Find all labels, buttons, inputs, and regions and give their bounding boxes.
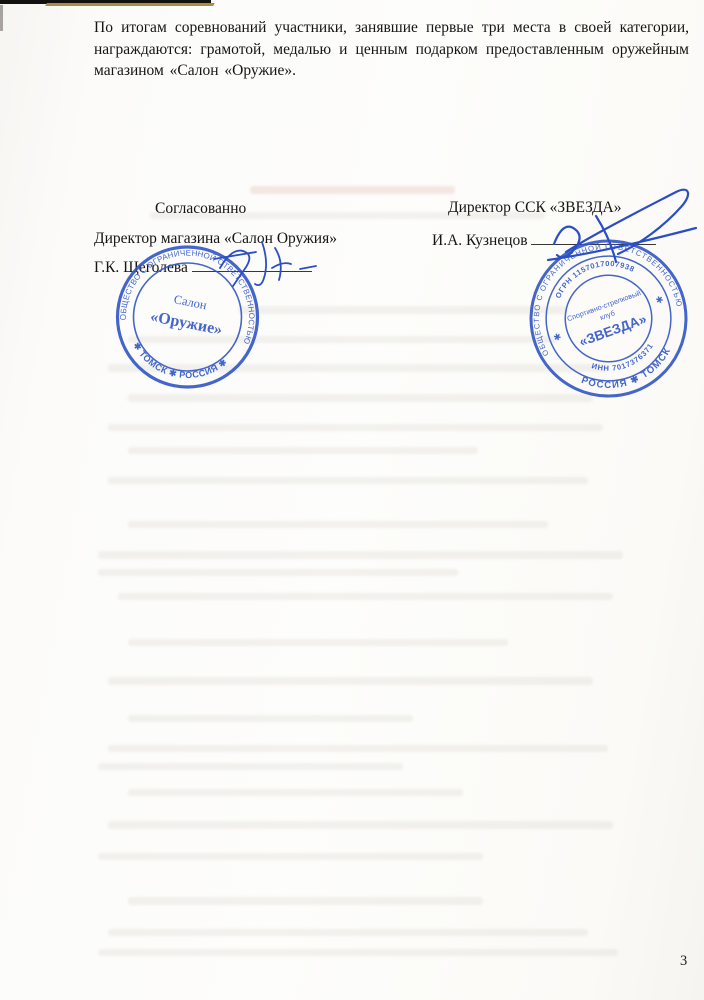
bleedthrough-line [98,763,403,770]
bleedthrough-line [108,929,588,936]
bleedthrough-line [98,853,483,860]
bleedthrough-line [108,745,608,752]
bleedthrough-line [98,949,618,956]
bleedthrough-line [128,897,483,905]
bleedthrough-line [250,186,455,194]
stamp-star-right: ✱ [654,294,665,306]
bleedthrough-line [108,477,588,484]
bleedthrough-line [128,447,478,454]
bleedthrough-line [108,677,593,685]
stamp-center-line1: Салон [173,292,209,312]
bleedthrough-line [108,424,603,431]
stamp-star-left: ✱ [552,331,563,343]
bleedthrough-line [128,715,413,722]
bleedthrough-line [108,821,613,829]
page-number: 3 [680,953,687,970]
scan-edge-artifact-tan [45,3,215,6]
scan-edge-smudge [0,5,3,31]
stamp-salon-oruzhie: ОБЩЕСТВО С ОГРАНИЧЕННОЙ ОТВЕТСТВЕННОСТЬЮ… [97,229,278,406]
agreed-label: Согласованно [155,200,246,218]
bleedthrough-line [128,639,508,646]
stamp-center-line2: «Оружие» [149,308,224,339]
bleedthrough-layer [0,0,704,1000]
scanned-document-page: По итогам соревнований участники, занявш… [0,0,704,1000]
body-paragraph: По итогам соревнований участники, занявш… [94,17,689,82]
bleedthrough-line [98,551,623,559]
bleedthrough-line [128,789,463,796]
bleedthrough-line [98,569,458,576]
right-signer-name-text: И.А. Кузнецов [432,232,528,249]
bleedthrough-line [128,521,548,528]
right-title: Директор ССК «ЗВЕЗДА» [448,199,622,217]
bleedthrough-line [118,593,613,600]
